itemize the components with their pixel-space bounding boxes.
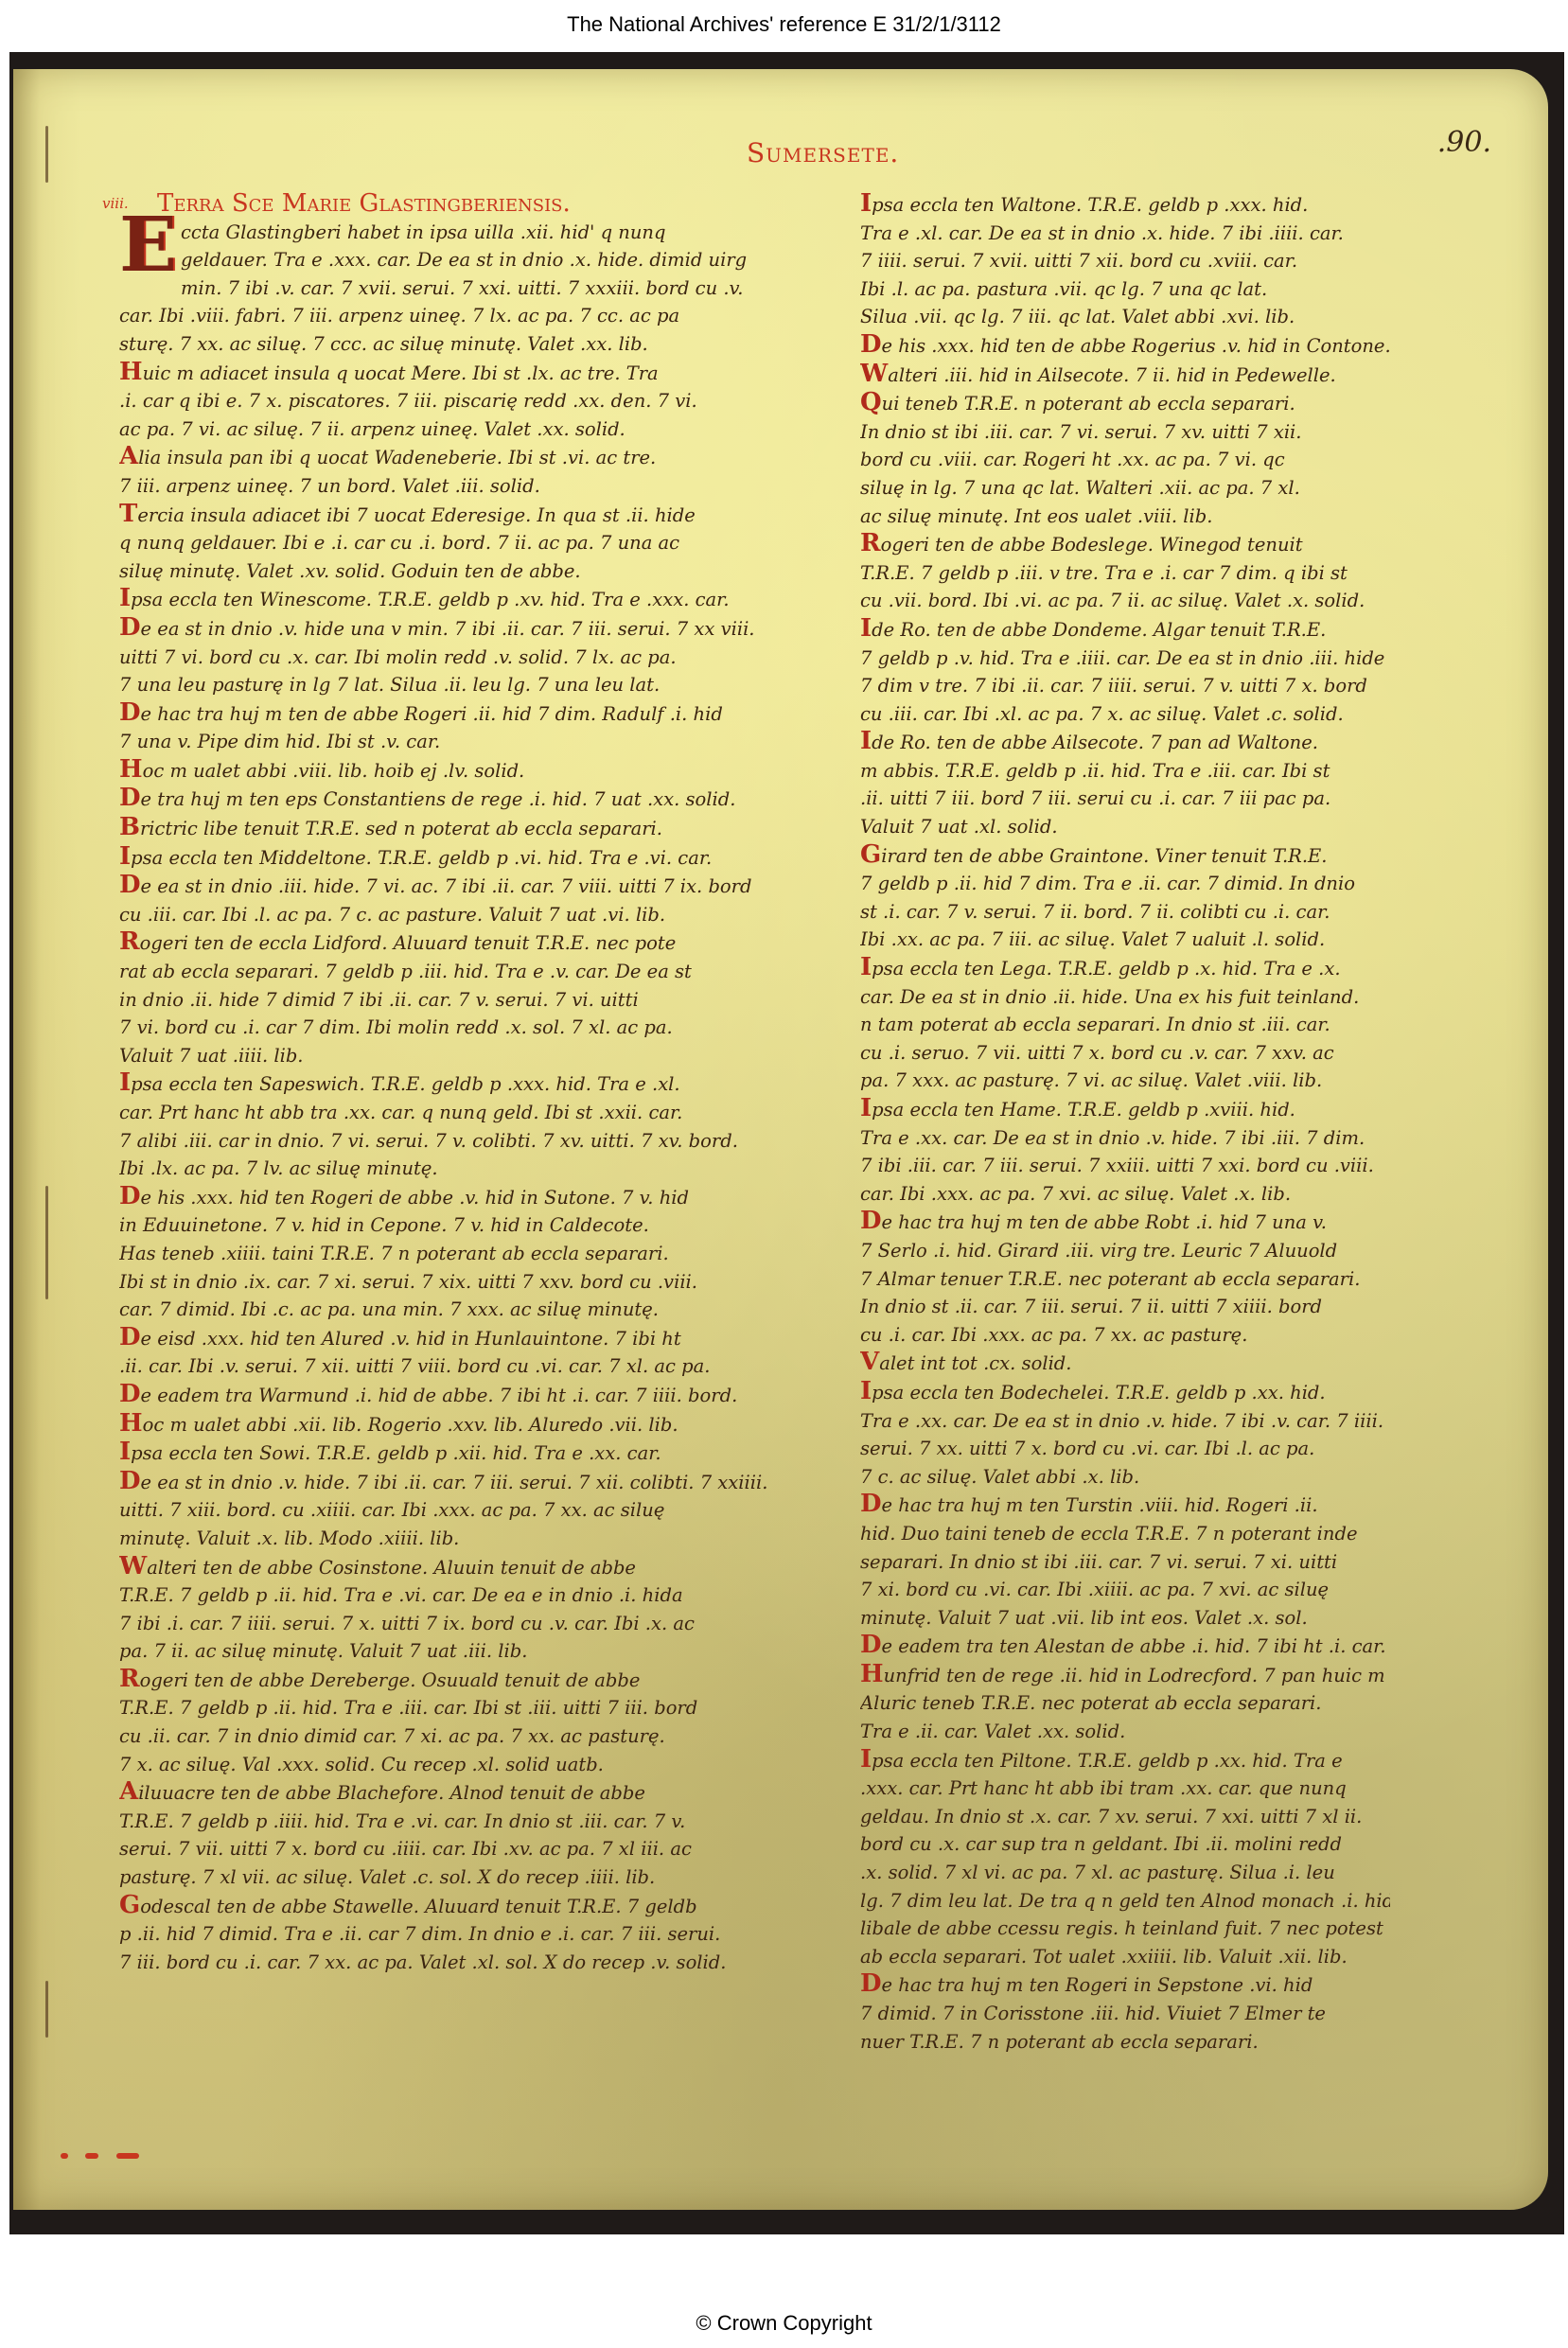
manuscript-line: uitti 7 vi. bord cu .x. car. Ibi molin r… — [119, 644, 801, 672]
manuscript-line: cu .i. car. Ibi .xxx. ac pa. 7 xx. ac pa… — [860, 1321, 1390, 1350]
rubricated-initial: I — [860, 615, 872, 643]
rubricated-initial: I — [119, 585, 131, 612]
rubricated-initial: D — [860, 1970, 882, 1998]
rubricated-initial: D — [860, 1632, 882, 1659]
manuscript-line: Ibi st in dnio .ix. car. 7 xi. serui. 7 … — [119, 1268, 801, 1297]
manuscript-line: Huic m adiacet insula q uocat Mere. Ibi … — [119, 359, 801, 388]
manuscript-line: De tra huj m ten eps Constantiens de reg… — [119, 785, 801, 814]
manuscript-line: 7 alibi .iii. car in dnio. 7 vi. serui. … — [119, 1127, 801, 1156]
manuscript-line: m abbis. T.R.E. geldb p .ii. hid. Tra e … — [860, 757, 1390, 786]
rubricated-initial: D — [119, 1324, 141, 1351]
manuscript-line: ac siluę minutę. Int eos ualet .viii. li… — [860, 503, 1390, 531]
rubricated-initial: H — [860, 1661, 884, 1688]
manuscript-line: car. Ibi .viii. fabri. 7 iii. arpenz uin… — [119, 302, 801, 330]
manuscript-line: cu .i. seruo. 7 vii. uitti 7 x. bord cu … — [860, 1039, 1390, 1068]
manuscript-line: Brictric libe tenuit T.R.E. sed n potera… — [119, 814, 801, 843]
rubric-dot — [116, 2153, 139, 2159]
manuscript-line: T.R.E. 7 geldb p .ii. hid. Tra e .vi. ca… — [119, 1581, 801, 1610]
manuscript-line: pa. 7 ii. ac siluę minutę. Valuit 7 uat … — [119, 1637, 801, 1666]
manuscript-line: minutę. Valuit .x. lib. Modo .xiiii. lib… — [119, 1525, 801, 1553]
rubricated-initial: I — [119, 843, 131, 871]
rubricated-initial: D — [119, 1381, 141, 1408]
manuscript-line: T.R.E. 7 geldb p .iiii. hid. Tra e .vi. … — [119, 1808, 801, 1836]
rubricated-initial: Q — [860, 389, 882, 416]
rubricated-initial: G — [860, 841, 881, 869]
rubricated-initial: H — [119, 1410, 143, 1438]
manuscript-line: n tam poterat ab eccla separari. In dnio… — [860, 1011, 1390, 1039]
rubricated-initial: W — [860, 361, 888, 388]
manuscript-line: ab eccla separari. Tot ualet .xxiiii. li… — [860, 1943, 1390, 1971]
manuscript-line: serui. 7 vii. uitti 7 x. bord cu .iiii. … — [119, 1835, 801, 1863]
manuscript-line: Ipsa eccla ten Winescome. T.R.E. geldb p… — [119, 585, 801, 614]
manuscript-line: 7 una leu pasturę in lg 7 lat. Silua .ii… — [119, 671, 801, 699]
manuscript-scan: .90. Sumersete. viii. Terra Sce Marie Gl… — [9, 52, 1564, 2234]
rubricated-initial: I — [119, 1439, 131, 1466]
manuscript-line: Ide Ro. ten de abbe Ailsecote. 7 pan ad … — [860, 728, 1390, 757]
manuscript-line: Ipsa eccla ten Lega. T.R.E. geldb p .x. … — [860, 954, 1390, 983]
manuscript-line: De eisd .xxx. hid ten Alured .v. hid in … — [119, 1324, 801, 1353]
manuscript-line: 7 ibi .iii. car. 7 iii. serui. 7 xxiii. … — [860, 1152, 1390, 1180]
manuscript-line: De hac tra huj m ten de abbe Rogeri .ii.… — [119, 699, 801, 729]
manuscript-line: 7 iii. bord cu .i. car. 7 xx. ac pa. Val… — [119, 1949, 801, 1977]
manuscript-line: min. 7 ibi .v. car. 7 xvii. serui. 7 xxi… — [181, 274, 801, 303]
manuscript-line: 7 xi. bord cu .vi. car. Ibi .xiiii. ac p… — [860, 1576, 1390, 1604]
manuscript-line: Hoc m ualet abbi .viii. lib. hoib ej .lv… — [119, 756, 801, 786]
manuscript-line: Ailuuacre ten de abbe Blachefore. Alnod … — [119, 1778, 801, 1808]
manuscript-line: hid. Duo taini teneb de eccla T.R.E. 7 n… — [860, 1520, 1390, 1548]
rubricated-initial: D — [860, 331, 882, 359]
manuscript-line: cu .ii. car. 7 in dnio dimid car. 7 xi. … — [119, 1722, 801, 1751]
binding-stitch — [45, 1186, 48, 1299]
rubricated-initial: H — [119, 359, 143, 386]
decorated-initial: E — [119, 211, 177, 277]
manuscript-line: Qui teneb T.R.E. n poterant ab eccla sep… — [860, 389, 1390, 418]
manuscript-line: Tercia insula adiacet ibi 7 uocat Ederes… — [119, 501, 801, 530]
manuscript-line: geldauer. Tra e .xxx. car. De ea st in d… — [181, 246, 801, 274]
manuscript-line: in Eduuinetone. 7 v. hid in Cepone. 7 v.… — [119, 1211, 801, 1240]
manuscript-line: Walteri .iii. hid in Ailsecote. 7 ii. hi… — [860, 361, 1390, 390]
manuscript-line: Ipsa eccla ten Sowi. T.R.E. geldb p .xii… — [119, 1439, 801, 1468]
right-column-lines: Ipsa eccla ten Waltone. T.R.E. geldb p .… — [860, 190, 1390, 2056]
manuscript-line: De his .xxx. hid ten de abbe Rogerius .v… — [860, 331, 1390, 361]
left-column-lines: ccta Glastingberi habet in ipsa uilla .x… — [119, 219, 801, 1977]
rubricated-initial: R — [119, 928, 140, 956]
manuscript-line: 7 una v. Pipe dim hid. Ibi st .v. car. — [119, 728, 801, 756]
rubricated-initial: I — [860, 190, 872, 218]
manuscript-line: De hac tra huj m ten Rogeri in Sepstone … — [860, 1970, 1390, 2000]
manuscript-line: T.R.E. 7 geldb p .ii. hid. Tra e .iii. c… — [119, 1694, 801, 1722]
rubricated-initial: D — [860, 1491, 882, 1518]
manuscript-line: De ea st in dnio .v. hide una v min. 7 i… — [119, 614, 801, 644]
rubricated-initial: I — [860, 1378, 872, 1405]
margin-rubric-marks — [61, 2146, 152, 2163]
manuscript-line: 7 vi. bord cu .i. car 7 dim. Ibi molin r… — [119, 1014, 801, 1042]
manuscript-line: Tra e .ii. car. Valet .xx. solid. — [860, 1718, 1390, 1746]
manuscript-line: bord cu .viii. car. Rogeri ht .xx. ac pa… — [860, 446, 1390, 474]
manuscript-line: pa. 7 xxx. ac pasturę. 7 vi. ac siluę. V… — [860, 1067, 1390, 1095]
manuscript-line: sturę. 7 xx. ac siluę. 7 ccc. ac siluę m… — [119, 330, 801, 359]
binding-gutter — [13, 69, 79, 2210]
right-column: Ipsa eccla ten Waltone. T.R.E. geldb p .… — [860, 190, 1390, 2056]
manuscript-line: Ide Ro. ten de abbe Dondeme. Algar tenui… — [860, 615, 1390, 644]
rubricated-initial: T — [119, 501, 137, 528]
manuscript-line: .i. car q ibi e. 7 x. piscatores. 7 iii.… — [119, 387, 801, 415]
rubricated-initial: R — [860, 530, 881, 557]
manuscript-line: Ipsa eccla ten Waltone. T.R.E. geldb p .… — [860, 190, 1390, 220]
manuscript-line: 7 dim v tre. 7 ibi .ii. car. 7 iiii. ser… — [860, 672, 1390, 700]
rubricated-initial: I — [860, 1095, 872, 1122]
manuscript-line: 7 iii. arpenz uineę. 7 un bord. Valet .i… — [119, 472, 801, 501]
rubricated-initial: B — [119, 814, 140, 841]
manuscript-line: Girard ten de abbe Graintone. Viner tenu… — [860, 841, 1390, 871]
chapter-mark: viii. — [102, 190, 129, 219]
manuscript-line: car. Prt hanc ht abb tra .xx. car. q nun… — [119, 1099, 801, 1127]
rubric-dot — [85, 2153, 98, 2159]
manuscript-line: Valuit 7 uat .xl. solid. — [860, 813, 1390, 841]
copyright-notice: © Crown Copyright — [0, 2311, 1568, 2336]
manuscript-line: In dnio st ibi .iii. car. 7 vi. serui. 7… — [860, 418, 1390, 447]
manuscript-line: cu .iii. car. Ibi .l. ac pa. 7 c. ac pas… — [119, 901, 801, 929]
manuscript-line: De hac tra huj m ten de abbe Robt .i. hi… — [860, 1208, 1390, 1237]
manuscript-line: 7 ibi .i. car. 7 iiii. serui. 7 x. uitti… — [119, 1610, 801, 1638]
rubricated-initial: G — [119, 1892, 140, 1919]
manuscript-line: Rogeri ten de abbe Bodeslege. Winegod te… — [860, 530, 1390, 559]
manuscript-line: .ii. uitti 7 iii. bord 7 iii. serui cu .… — [860, 785, 1390, 813]
left-column: viii. Terra Sce Marie Glastingberiensis.… — [119, 190, 801, 1976]
manuscript-line: Ipsa eccla ten Sapeswich. T.R.E. geldb p… — [119, 1069, 801, 1099]
parchment-page: .90. Sumersete. viii. Terra Sce Marie Gl… — [13, 69, 1548, 2210]
manuscript-line: in dnio .ii. hide 7 dimid 7 ibi .ii. car… — [119, 986, 801, 1015]
manuscript-line: ccta Glastingberi habet in ipsa uilla .x… — [181, 219, 801, 247]
manuscript-line: cu .iii. car. Ibi .xl. ac pa. 7 x. ac si… — [860, 700, 1390, 729]
rubricated-initial: R — [119, 1666, 140, 1693]
manuscript-line: .xxx. car. Prt hanc ht abb ibi tram .xx.… — [860, 1774, 1390, 1803]
manuscript-line: st .i. car. 7 v. serui. 7 ii. bord. 7 ii… — [860, 898, 1390, 927]
rubricated-initial: D — [119, 1183, 141, 1210]
manuscript-line: car. 7 dimid. Ibi .c. ac pa. una min. 7 … — [119, 1296, 801, 1324]
binding-stitch — [45, 1981, 48, 2038]
manuscript-line: rat ab eccla separari. 7 geldb p .iii. h… — [119, 958, 801, 986]
manuscript-line: Alia insula pan ibi q uocat Wadeneberie.… — [119, 443, 801, 472]
manuscript-line: serui. 7 xx. uitti 7 x. bord cu .vi. car… — [860, 1435, 1390, 1463]
manuscript-line: lg. 7 dim leu lat. De tra q n geld ten A… — [860, 1887, 1390, 1915]
manuscript-line: .x. solid. 7 xl vi. ac pa. 7 xl. ac past… — [860, 1859, 1390, 1887]
manuscript-line: T.R.E. 7 geldb p .iii. v tre. Tra e .i. … — [860, 559, 1390, 588]
manuscript-line: Hoc m ualet abbi .xii. lib. Rogerio .xxv… — [119, 1410, 801, 1439]
section-title: Terra Sce Marie Glastingberiensis. — [119, 190, 801, 219]
rubricated-initial: D — [119, 1468, 141, 1495]
manuscript-line: 7 Almar tenuer T.R.E. nec poterant ab ec… — [860, 1265, 1390, 1294]
rubricated-initial: D — [119, 785, 141, 812]
manuscript-line: Silua .vii. qc lg. 7 iii. qc lat. Valet … — [860, 303, 1390, 331]
manuscript-line: cu .vii. bord. Ibi .vi. ac pa. 7 ii. ac … — [860, 587, 1390, 615]
manuscript-line: siluę in lg. 7 una qc lat. Walteri .xii.… — [860, 474, 1390, 503]
manuscript-line: De eadem tra ten Alestan de abbe .i. hid… — [860, 1632, 1390, 1661]
manuscript-line: Ipsa eccla ten Middeltone. T.R.E. geldb … — [119, 843, 801, 873]
manuscript-line: Aluric teneb T.R.E. nec poterat ab eccla… — [860, 1689, 1390, 1718]
manuscript-line: pasturę. 7 xl vii. ac siluę. Valet .c. s… — [119, 1863, 801, 1892]
rubricated-initial: A — [119, 443, 138, 470]
manuscript-line: Tra e .xl. car. De ea st in dnio .x. hid… — [860, 220, 1390, 248]
manuscript-line: ac pa. 7 vi. ac siluę. 7 ii. arpenz uine… — [119, 415, 801, 444]
rubricated-initial: I — [119, 1069, 131, 1097]
manuscript-line: Tra e .xx. car. De ea st in dnio .v. hid… — [860, 1407, 1390, 1436]
manuscript-line: Ipsa eccla ten Bodechelei. T.R.E. geldb … — [860, 1378, 1390, 1407]
rubricated-initial: W — [119, 1553, 147, 1580]
rubricated-initial: A — [119, 1778, 138, 1806]
manuscript-line: Ipsa eccla ten Hame. T.R.E. geldb p .xvi… — [860, 1095, 1390, 1124]
rubricated-initial: D — [119, 614, 141, 642]
manuscript-line: p .ii. hid 7 dimid. Tra e .ii. car 7 dim… — [119, 1920, 801, 1949]
manuscript-line: Valuit 7 uat .iiii. lib. — [119, 1042, 801, 1070]
rubricated-initial: I — [860, 728, 872, 755]
manuscript-line: 7 geldb p .ii. hid 7 dim. Tra e .ii. car… — [860, 870, 1390, 898]
archive-reference: The National Archives' reference E 31/2/… — [0, 12, 1568, 37]
manuscript-line: car. Ibi .xxx. ac pa. 7 xvi. ac siluę. V… — [860, 1180, 1390, 1209]
manuscript-line: De ea st in dnio .iii. hide. 7 vi. ac. 7… — [119, 872, 801, 901]
manuscript-line: 7 x. ac siluę. Val .xxx. solid. Cu recep… — [119, 1751, 801, 1779]
manuscript-line: De his .xxx. hid ten Rogeri de abbe .v. … — [119, 1183, 801, 1212]
manuscript-line: .ii. car. Ibi .v. serui. 7 xii. uitti 7 … — [119, 1352, 801, 1381]
manuscript-line: De eadem tra Warmund .i. hid de abbe. 7 … — [119, 1381, 801, 1410]
manuscript-line: 7 Serlo .i. hid. Girard .iii. virg tre. … — [860, 1237, 1390, 1265]
manuscript-line: Ipsa eccla ten Piltone. T.R.E. geldb p .… — [860, 1746, 1390, 1775]
rubricated-initial: I — [860, 954, 872, 981]
rubric-dot — [61, 2153, 68, 2159]
manuscript-line: separari. In dnio st ibi .iii. car. 7 vi… — [860, 1548, 1390, 1577]
manuscript-line: 7 iiii. serui. 7 xvii. uitti 7 xii. bord… — [860, 247, 1390, 275]
manuscript-line: minutę. Valuit 7 uat .vii. lib int eos. … — [860, 1604, 1390, 1633]
manuscript-line: Hunfrid ten de rege .ii. hid in Lodrecfo… — [860, 1661, 1390, 1690]
rubricated-initial: D — [119, 699, 141, 727]
manuscript-line: Valet int tot .cx. solid. — [860, 1349, 1390, 1378]
manuscript-line: libale de abbe ccessu regis. h teinland … — [860, 1915, 1390, 1943]
manuscript-line: Walteri ten de abbe Cosinstone. Aluuin t… — [119, 1553, 801, 1582]
manuscript-line: bord cu .x. car sup tra n geldant. Ibi .… — [860, 1830, 1390, 1859]
manuscript-line: Ibi .xx. ac pa. 7 iii. ac siluę. Valet 7… — [860, 926, 1390, 954]
rubricated-initial: V — [860, 1349, 879, 1376]
county-heading: Sumersete. — [747, 137, 899, 168]
manuscript-line: De hac tra huj m ten Turstin .viii. hid.… — [860, 1491, 1390, 1520]
manuscript-line: car. De ea st in dnio .ii. hide. Una ex … — [860, 983, 1390, 1012]
manuscript-line: nuer T.R.E. 7 n poterant ab eccla separa… — [860, 2028, 1390, 2057]
rubricated-initial: D — [860, 1208, 882, 1235]
manuscript-line: In dnio st .ii. car. 7 iii. serui. 7 ii.… — [860, 1293, 1390, 1321]
manuscript-line: q nunq geldauer. Ibi e .i. car cu .i. bo… — [119, 529, 801, 557]
manuscript-line: uitti. 7 xiii. bord. cu .xiiii. car. Ibi… — [119, 1496, 801, 1525]
manuscript-line: siluę minutę. Valet .xv. solid. Goduin t… — [119, 557, 801, 586]
manuscript-line: Tra e .xx. car. De ea st in dnio .v. hid… — [860, 1124, 1390, 1153]
manuscript-line: geldau. In dnio st .x. car. 7 xv. serui.… — [860, 1803, 1390, 1831]
manuscript-line: De ea st in dnio .v. hide. 7 ibi .ii. ca… — [119, 1468, 801, 1497]
binding-stitch — [45, 126, 48, 183]
rubricated-initial: H — [119, 756, 143, 784]
folio-number: .90. — [1437, 126, 1491, 159]
rubricated-initial: D — [119, 872, 141, 899]
manuscript-line: Ibi .l. ac pa. pastura .vii. qc lg. 7 un… — [860, 275, 1390, 304]
manuscript-line: 7 c. ac siluę. Valet abbi .x. lib. — [860, 1463, 1390, 1492]
manuscript-line: Rogeri ten de abbe Dereberge. Osuuald te… — [119, 1666, 801, 1695]
manuscript-line: Ibi .lx. ac pa. 7 lv. ac siluę minutę. — [119, 1155, 801, 1183]
manuscript-line: 7 dimid. 7 in Corisstone .iii. hid. Viui… — [860, 2000, 1390, 2028]
manuscript-line: Godescal ten de abbe Stawelle. Aluuard t… — [119, 1892, 801, 1921]
rubricated-initial: I — [860, 1746, 872, 1774]
manuscript-line: Has teneb .xiiii. taini T.R.E. 7 n poter… — [119, 1240, 801, 1268]
manuscript-line: Rogeri ten de eccla Lidford. Aluuard ten… — [119, 928, 801, 958]
manuscript-line: 7 geldb p .v. hid. Tra e .iiii. car. De … — [860, 644, 1390, 673]
